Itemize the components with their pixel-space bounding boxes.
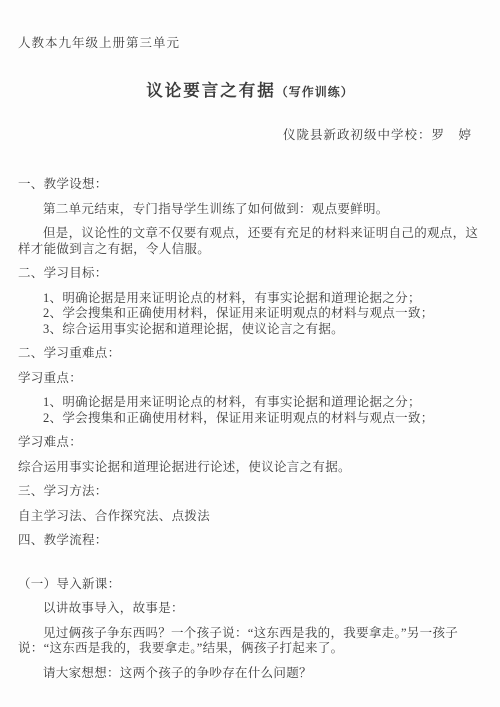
author-line: 仪陇县新政初级中学校：罗 婷 (18, 127, 482, 143)
list-item: 2、学会搜集和正确使用材料，保证用来证明观点的材料与观点一致； (18, 411, 482, 427)
paragraph: 见过俩孩子争东西吗？一个孩子说：“这东西是我的，我要拿走。”另一孩子说：“这东西… (18, 626, 482, 657)
paragraph: 但是，议论性的文章不仅要有观点，还要有充足的材料来证明自己的观点，这样才能做到言… (18, 226, 482, 257)
paragraph: 以讲故事导入，故事是： (18, 601, 482, 617)
section-heading-learning-methods: 三、学习方法： (18, 484, 482, 500)
subheading-key-point: 学习重点： (18, 371, 482, 387)
section-heading-teaching-process: 四、教学流程： (18, 533, 482, 549)
lesson-plan-document-page: 人教本九年级上册第三单元 议论要言之有据（写作训练） 仪陇县新政初级中学校：罗 … (0, 0, 500, 707)
header-note: 人教本九年级上册第三单元 (18, 35, 482, 51)
list-item: 1、明确论据是用来证明论点的材料，有事实论据和道理论据之分； (18, 395, 482, 411)
subheading-difficult-point: 学习难点： (18, 435, 482, 451)
paragraph: 自主学习法、合作探究法、点拨法 (18, 509, 482, 525)
list-item: 2、学会搜集和正确使用材料，保证用来证明观点的材料与观点一致； (18, 306, 482, 322)
paragraph: 综合运用事实论据和道理论据进行论述，使议论言之有据。 (18, 460, 482, 476)
paragraph: 第二单元结束，专门指导学生训练了如何做到：观点要鲜明。 (18, 202, 482, 218)
section-heading-key-points: 二、学习重难点： (18, 346, 482, 362)
paragraph: 请大家想想：这两个孩子的争吵存在什么问题？ (18, 666, 482, 682)
list-item: 3、综合运用事实论据和道理论据，使议论言之有据。 (18, 322, 482, 338)
list-item: 1、明确论据是用来证明论点的材料，有事实论据和道理论据之分； (18, 291, 482, 307)
document-title: 议论要言之有据（写作训练） (18, 81, 482, 102)
section-heading-learning-goals: 二、学习目标： (18, 266, 482, 282)
subsection-heading-lead-in: （一）导入新课： (18, 577, 482, 593)
title-subtitle: （写作训练） (276, 85, 354, 99)
title-text: 议论要言之有据 (146, 81, 276, 100)
section-heading-teaching-idea: 一、教学设想： (18, 177, 482, 193)
